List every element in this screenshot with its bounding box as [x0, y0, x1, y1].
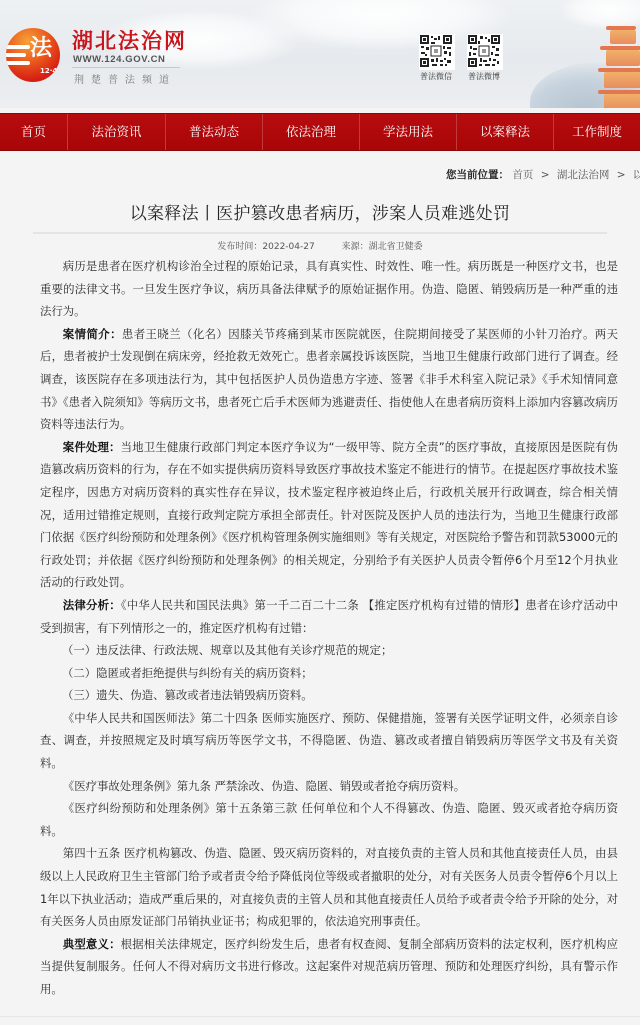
paragraph-text: 当地卫生健康行政部门判定本医疗争议为“一级甲等、院方全责”的医疗事故，直接原因是…: [40, 440, 618, 590]
breadcrumb-section[interactable]: 以案释法: [633, 169, 640, 181]
paragraph-physician-law: 《中华人民共和国医师法》第二十四条 医师实施医疗、预防、保健措施，签署有关医学证…: [40, 707, 618, 775]
logo-glyph: 法: [30, 38, 52, 60]
breadcrumb-site[interactable]: 湖北法治网: [557, 169, 610, 181]
logo-divider: [72, 67, 180, 68]
paragraph-text: 病历是患者在医疗机构诊治全过程的原始记录，具有真实性、时效性、唯一性。病历既是一…: [40, 259, 618, 318]
site-title[interactable]: 湖北法治网: [72, 30, 187, 51]
site-logo-icon[interactable]: 法 12·4: [6, 28, 60, 82]
paragraph-case-summary: 案情简介：患者王晓兰（化名）因膝关节疼痛到某市医院就医，住院期间接受了某医师的小…: [40, 323, 618, 436]
site-subtitle: 荆楚普法频道: [74, 71, 176, 86]
paragraph-text: 根据相关法律规定，医疗纠纷发生后，患者有权查阅、复制全部病历资料的法定权利，医疗…: [40, 937, 618, 996]
article-title: 以案释法丨医护篡改患者病历，涉案人员难逃处罚: [0, 199, 640, 224]
main-nav: 首页 法治资讯 普法动态 依法治理 学法用法 以案释法 工作制度: [0, 113, 640, 151]
wechat-qr-label: 普法微信: [414, 71, 458, 82]
section-lead: 典型意义：: [63, 937, 121, 951]
list-item: （二）隐匿或者拒绝提供与纠纷有关的病历资料；: [40, 662, 618, 685]
paragraph-accident-regulation: 《医疗事故处理条例》第九条 严禁涂改、伪造、隐匿、销毁或者抢夺病历资料。: [40, 775, 618, 798]
nav-item-home[interactable]: 首页: [0, 114, 68, 150]
paragraph-text: 《中华人民共和国医师法》第二十四条 医师实施医疗、预防、保健措施，签署有关医学证…: [40, 711, 618, 770]
wechat-qr-code-icon[interactable]: [419, 34, 455, 70]
publish-label: 发布时间：: [217, 242, 262, 252]
section-lead: 案情简介：: [63, 327, 122, 341]
paragraph-text: （三）遗失、伪造、篡改或者违法销毁病历资料。: [62, 688, 313, 702]
article-body: 病历是患者在医疗机构诊治全过程的原始记录，具有真实性、时效性、唯一性。病历既是一…: [40, 255, 618, 1001]
bottom-divider: [0, 1016, 640, 1017]
paragraph-case-handling: 案件处理：当地卫生健康行政部门判定本医疗争议为“一级甲等、院方全责”的医疗事故，…: [40, 436, 618, 594]
weibo-qr-label: 普法微博: [462, 71, 506, 82]
paragraph-text: （二）隐匿或者拒绝提供与纠纷有关的病历资料；: [62, 666, 313, 680]
header-banner: 法 12·4 湖北法治网 WWW.124.GOV.CN 荆楚普法频道 普法微信: [0, 0, 640, 108]
paragraph-article-45: 第四十五条 医疗机构篡改、伪造、隐匿、毁灭病历资料的，对直接负责的主管人员和其他…: [40, 842, 618, 932]
yellow-crane-tower-decoration: [598, 18, 640, 108]
paragraph-intro: 病历是患者在医疗机构诊治全过程的原始记录，具有真实性、时效性、唯一性。病历既是一…: [40, 255, 618, 323]
paragraph-text: 《医疗纠纷预防和处理条例》第十五条第三款 任何单位和个人不得篡改、伪造、隐匿、毁…: [40, 801, 618, 838]
list-item: （三）遗失、伪造、篡改或者违法销毁病历资料。: [40, 684, 618, 707]
nav-item-work-rules[interactable]: 工作制度: [554, 114, 640, 150]
nav-item-case-explained[interactable]: 以案释法: [457, 114, 554, 150]
site-url: WWW.124.GOV.CN: [73, 54, 166, 65]
paragraph-text: 《中华人民共和国民法典》第一千二百二十二条 【推定医疗机构有过错的情形】患者在诊…: [40, 598, 618, 635]
nav-item-legal-news[interactable]: 法治资讯: [68, 114, 166, 150]
paragraph-text: 《医疗事故处理条例》第九条 严禁涂改、伪造、隐匿、销毁或者抢夺病历资料。: [63, 779, 465, 793]
paragraph-significance: 典型意义：根据相关法律规定，医疗纠纷发生后，患者有权查阅、复制全部病历资料的法定…: [40, 933, 618, 1001]
source-info: 来源：湖北省卫健委: [342, 242, 423, 252]
section-lead: 法律分析：: [63, 598, 121, 612]
logo-number: 12·4: [40, 67, 57, 75]
breadcrumb-separator: >: [617, 169, 626, 181]
section-lead: 案件处理：: [63, 440, 121, 454]
paragraph-dispute-regulation: 《医疗纠纷预防和处理条例》第十五条第三款 任何单位和个人不得篡改、伪造、隐匿、毁…: [40, 797, 618, 842]
article-meta: 发布时间：2022-04-27 来源：湖北省卫健委: [0, 239, 640, 252]
nav-item-law-popularization[interactable]: 普法动态: [166, 114, 263, 150]
nav-item-learn-law[interactable]: 学法用法: [360, 114, 457, 150]
paragraph-text: 患者王晓兰（化名）因膝关节疼痛到某市医院就医，住院期间接受了某医师的小针刀治疗。…: [40, 327, 618, 431]
paragraph-legal-analysis: 法律分析：《中华人民共和国民法典》第一千二百二十二条 【推定医疗机构有过错的情形…: [40, 594, 618, 639]
breadcrumb-separator: >: [541, 169, 550, 181]
publish-info: 发布时间：2022-04-27: [217, 242, 314, 252]
source-value: 湖北省卫健委: [369, 242, 423, 252]
source-label: 来源：: [342, 242, 369, 252]
breadcrumb-label: 您当前位置：: [446, 169, 509, 181]
breadcrumb-home[interactable]: 首页: [512, 169, 533, 181]
list-item: （一）违反法律、行政法规、规章以及其他有关诊疗规范的规定；: [40, 639, 618, 662]
paragraph-text: （一）违反法律、行政法规、规章以及其他有关诊疗规范的规定；: [62, 643, 392, 657]
nav-item-governance[interactable]: 依法治理: [263, 114, 360, 150]
weibo-qr-code-icon[interactable]: [467, 34, 503, 70]
paragraph-text: 第四十五条 医疗机构篡改、伪造、隐匿、毁灭病历资料的，对直接负责的主管人员和其他…: [40, 846, 618, 928]
breadcrumb: 您当前位置： 首页 > 湖北法治网 > 以案释法: [446, 167, 640, 182]
title-divider: [33, 232, 607, 234]
publish-date: 2022-04-27: [262, 242, 314, 252]
